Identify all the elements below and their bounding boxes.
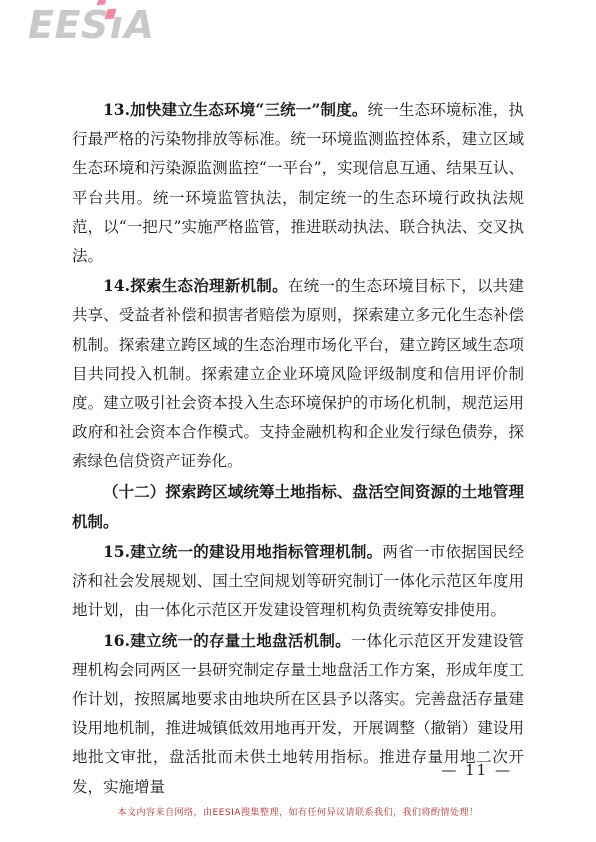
section-heading: （十二）探索跨区域统筹土地指标、盘活空间资源的土地管理机制。 [72, 477, 524, 537]
paragraph-body: 在统一的生态环境目标下，以共建共享、受益者补偿和损害者赔偿为原则，探索建立多元化… [72, 277, 524, 470]
logo-suffix: A [124, 3, 154, 47]
paragraph-lead: 16.建立统一的存量土地盘活机制。 [103, 631, 351, 650]
paragraph: 14.探索生态治理新机制。在统一的生态环境目标下，以共建共享、受益者补偿和损害者… [72, 271, 524, 476]
eesia-logo: EESıA [28, 2, 168, 54]
paragraph-body: 统一生态环境标准，执行最严格的污染物排放等标准。统一环境监测监控体系，建立区域生… [72, 101, 524, 265]
document-body: 13.加快建立生态环境“三统一”制度。统一生态环境标准，执行最严格的污染物排放等… [72, 95, 524, 802]
page-number: — 11 — [441, 761, 512, 779]
logo-text: EESıA [28, 2, 154, 48]
paragraph-lead: （十二）探索跨区域统筹土地指标、盘活空间资源的土地管理机制。 [72, 482, 524, 531]
paragraph: 13.加快建立生态环境“三统一”制度。统一生态环境标准，执行最严格的污染物排放等… [72, 95, 524, 271]
footer-disclaimer: 本文内容来自网络，由EESIA搜集整理，如有任何异议请联系我们，我们将酌情处理！ [0, 805, 596, 818]
paragraph-lead: 15.建立统一的建设用地指标管理机制。 [103, 542, 382, 561]
paragraph-lead: 13.加快建立生态环境“三统一”制度。 [103, 100, 368, 119]
logo-prefix: EES [28, 3, 109, 47]
paragraph: 15.建立统一的建设用地指标管理机制。两省一市依据国民经济和社会发展规划、国土空… [72, 537, 524, 626]
paragraph-lead: 14.探索生态治理新机制。 [103, 276, 288, 295]
document-page: EESıA 13.加快建立生态环境“三统一”制度。统一生态环境标准，执行最严格的… [0, 0, 596, 842]
